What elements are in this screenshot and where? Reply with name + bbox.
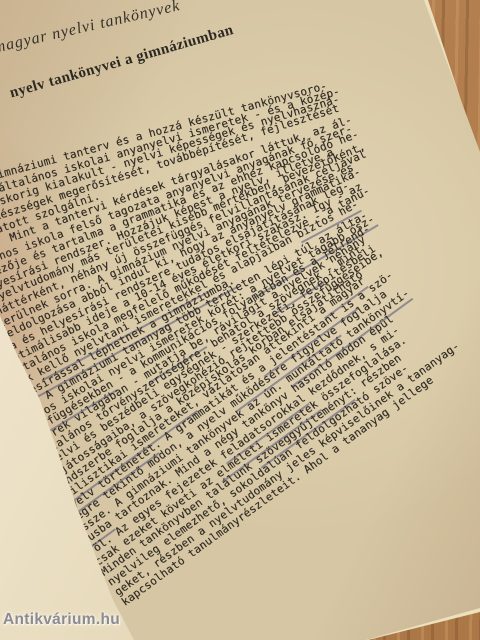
- book-photo: magyar nyelvi tankönyvek nyelv tankönyve…: [0, 0, 480, 640]
- watermark-text: Antikvárium.hu: [3, 611, 120, 629]
